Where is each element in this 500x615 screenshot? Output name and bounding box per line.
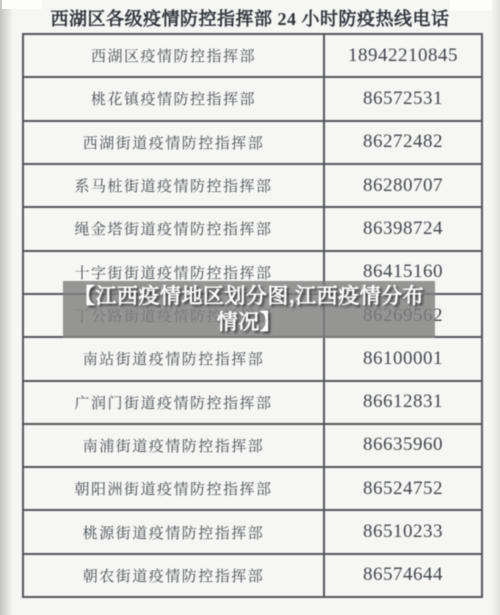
photo-edge-right: [491, 0, 500, 615]
table-row: 广润门街道疫情防控指挥部 86612831: [24, 382, 481, 425]
photo-edge-left: [0, 0, 13, 615]
org-name-cell: 南浦街道疫情防控指挥部: [24, 425, 325, 466]
phone-cell: 18942210845: [325, 35, 481, 76]
phone-cell: 86635960: [325, 425, 481, 466]
org-name-cell: 桃花镇疫情防控指挥部: [24, 78, 325, 119]
org-name-cell: 西湖街道疫情防控指挥部: [24, 122, 325, 163]
photo-corner-top-left: [2, 0, 42, 9]
phone-cell: 86574644: [325, 555, 481, 596]
phone-cell: 86524752: [325, 468, 481, 509]
table-row: 桃源街道疫情防控指挥部 86510233: [24, 511, 481, 554]
org-name-cell: 南站街道疫情防控指挥部: [24, 338, 325, 379]
photo-corner-top-right: [450, 0, 492, 11]
org-name-cell: 广润门街道疫情防控指挥部: [24, 382, 325, 423]
phone-cell: 86280707: [325, 165, 481, 206]
document-page: 西湖区各级疫情防控指挥部 24 小时防疫热线电话 西湖区疫情防控指挥部 1894…: [0, 0, 500, 615]
org-name-cell: 桃源街道疫情防控指挥部: [24, 511, 325, 552]
watermark-text-line2: 情况】: [217, 310, 282, 336]
table-row: 绳金塔街道疫情防控指挥部 86398724: [24, 208, 481, 251]
watermark-text-line1: 【江西疫情地区划分图,江西疫情分布: [74, 284, 424, 310]
org-name-cell: 西湖区疫情防控指挥部: [24, 35, 325, 76]
phone-cell: 86510233: [325, 511, 481, 552]
phone-cell: 86572531: [325, 78, 481, 119]
org-name-cell: 系马桩街道疫情防控指挥部: [24, 165, 325, 206]
table-row: 南浦街道疫情防控指挥部 86635960: [24, 425, 481, 468]
page-title: 西湖区各级疫情防控指挥部 24 小时防疫热线电话: [0, 5, 500, 31]
table-row: 朝农街道疫情防控指挥部 86574644: [24, 555, 481, 596]
photo-layer: 西湖区各级疫情防控指挥部 24 小时防疫热线电话 西湖区疫情防控指挥部 1894…: [0, 0, 500, 615]
table-row: 西湖区疫情防控指挥部 18942210845: [24, 35, 481, 78]
table-row: 桃花镇疫情防控指挥部 86572531: [24, 78, 481, 121]
table-row: 朝阳洲街道疫情防控指挥部 86524752: [24, 468, 481, 511]
phone-cell: 86398724: [325, 208, 481, 249]
phone-cell: 86272482: [325, 122, 481, 163]
watermark-overlay: 【江西疫情地区划分图,江西疫情分布 情况】: [63, 281, 435, 338]
table-row: 西湖街道疫情防控指挥部 86272482: [24, 122, 481, 165]
table-row: 南站街道疫情防控指挥部 86100001: [24, 338, 481, 381]
phone-cell: 86100001: [325, 338, 481, 379]
org-name-cell: 绳金塔街道疫情防控指挥部: [24, 208, 325, 249]
org-name-cell: 朝农街道疫情防控指挥部: [24, 555, 325, 596]
phone-cell: 86612831: [325, 382, 481, 423]
org-name-cell: 朝阳洲街道疫情防控指挥部: [24, 468, 325, 509]
table-row: 系马桩街道疫情防控指挥部 86280707: [24, 165, 481, 208]
